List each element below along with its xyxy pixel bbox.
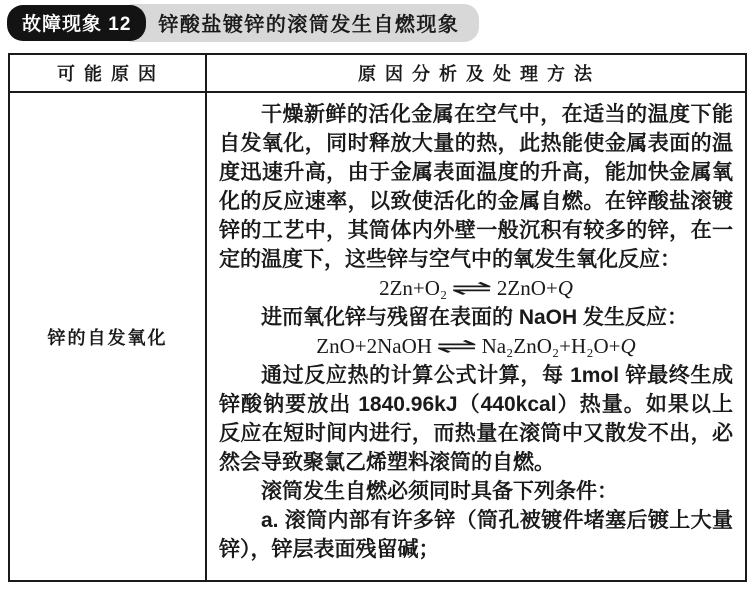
analysis-paragraph-1: 干燥新鲜的活化金属在空气中，在适当的温度下能自发氧化，同时释放大量的热，此热能使… <box>219 100 733 274</box>
equation-heat-term: Q <box>621 334 636 358</box>
fault-title: 锌酸盐镀锌的滚筒发生自燃现象 <box>126 4 479 42</box>
causes-table: 可 能 原 因 原 因 分 析 及 处 理 方 法 锌的自发氧化 干燥新鲜的活化… <box>8 53 747 582</box>
analysis-paragraph-4: 滚筒发生自燃必须同时具备下列条件： <box>219 477 733 506</box>
header-cell-analysis: 原 因 分 析 及 处 理 方 法 <box>206 54 746 92</box>
equation-rhs: 2ZnO+ <box>497 276 558 300</box>
cause-cell: 锌的自发氧化 <box>9 92 206 581</box>
fault-badge: 故障现象 12 <box>7 5 146 41</box>
table-header-row: 可 能 原 因 原 因 分 析 及 处 理 方 法 <box>9 54 746 92</box>
chemical-equation-2: ZnO+2NaOH⇌Na₂ZnO₂+H₂O+Q <box>219 332 733 361</box>
equilibrium-arrow-icon: ⇌ <box>451 274 493 303</box>
equation-lhs: ZnO+2NaOH <box>316 334 432 358</box>
header-cell-cause: 可 能 原 因 <box>9 54 206 92</box>
equilibrium-arrow-icon: ⇌ <box>436 332 478 361</box>
analysis-paragraph-2: 进而氧化锌与残留在表面的 NaOH 发生反应： <box>219 303 733 332</box>
analysis-cell: 干燥新鲜的活化金属在空气中，在适当的温度下能自发氧化，同时释放大量的热，此热能使… <box>206 92 746 581</box>
analysis-paragraph-5: a. 滚筒内部有许多锌（筒孔被镀件堵塞后镀上大量锌），锌层表面残留碱； <box>219 506 733 564</box>
equation-lhs: 2Zn+O₂ <box>379 276 447 300</box>
equation-rhs: Na₂ZnO₂+H₂O+ <box>482 334 621 358</box>
analysis-paragraph-3: 通过反应热的计算公式计算，每 1mol 锌最终生成锌酸钠要放出 1840.96k… <box>219 361 733 477</box>
fault-header: 故障现象 12 锌酸盐镀锌的滚筒发生自燃现象 <box>0 0 754 40</box>
page: 故障现象 12 锌酸盐镀锌的滚筒发生自燃现象 可 能 原 因 原 因 分 析 及… <box>0 0 754 591</box>
equation-heat-term: Q <box>558 276 573 300</box>
chemical-equation-1: 2Zn+O₂⇌2ZnO+Q <box>219 274 733 303</box>
table-row: 锌的自发氧化 干燥新鲜的活化金属在空气中，在适当的温度下能自发氧化，同时释放大量… <box>9 92 746 581</box>
